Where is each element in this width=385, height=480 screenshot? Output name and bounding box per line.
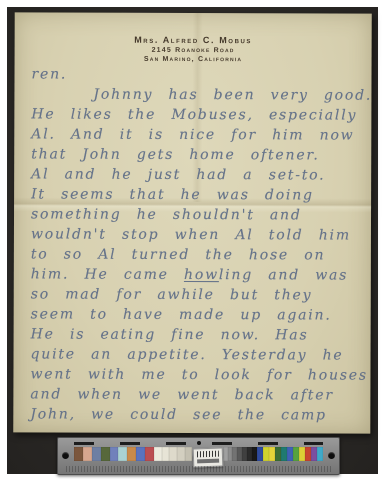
calibration-neutral-patches — [154, 447, 192, 461]
letterhead: Mrs. Alfred C. Mobus 2145 Roanoke Road S… — [15, 34, 372, 63]
color-swatch — [101, 447, 110, 461]
calibration-gray-patches — [223, 447, 257, 461]
color-swatch — [177, 447, 185, 461]
color-swatch — [317, 447, 323, 461]
scan-background: Mrs. Alfred C. Mobus 2145 Roanoke Road S… — [7, 7, 378, 474]
handwritten-line: He is eating fine now. Has — [31, 324, 371, 345]
calibration-label — [192, 447, 223, 467]
handwritten-line: and when we went back after — [30, 384, 370, 405]
handwritten-line: quite an appetite. Yesterday he — [31, 344, 371, 365]
color-swatch — [127, 447, 136, 461]
letter-body: ren. Johnny has been very good. He likes… — [30, 64, 371, 425]
color-swatch — [169, 447, 177, 461]
calibration-ruler-marks — [66, 466, 331, 472]
handwritten-text: him. He came — [31, 266, 184, 283]
scan-frame: Mrs. Alfred C. Mobus 2145 Roanoke Road S… — [0, 0, 385, 480]
color-swatch — [83, 447, 92, 461]
color-swatch — [145, 447, 154, 461]
calibration-hole-right — [328, 452, 335, 459]
handwritten-line: wouldn't stop when Al told him — [31, 224, 371, 245]
color-swatch — [110, 447, 119, 461]
color-swatch — [162, 447, 170, 461]
handwritten-line: to so Al turned the hose on — [31, 244, 371, 265]
color-swatch — [74, 447, 83, 461]
color-swatch — [185, 447, 193, 461]
handwritten-text: ling and was — [219, 267, 348, 283]
handwritten-line: ren. — [31, 64, 371, 85]
handwritten-line: went with me to look for houses — [30, 364, 370, 385]
handwritten-line: him. He came howling and was — [31, 264, 371, 285]
letter-paper: Mrs. Alfred C. Mobus 2145 Roanoke Road S… — [13, 12, 371, 433]
handwritten-line: He likes the Mobuses, especially — [31, 104, 371, 125]
calibration-color-patches-left — [74, 447, 154, 461]
calibration-label-marks — [196, 451, 218, 458]
calibration-center-dot — [197, 441, 201, 445]
handwritten-line: something he shouldn't and — [31, 204, 371, 225]
letterhead-address: 2145 Roanoke Road — [15, 46, 372, 54]
color-swatch — [154, 447, 162, 461]
letterhead-name: Mrs. Alfred C. Mobus — [15, 34, 372, 45]
handwritten-line: It seems that he was doing — [31, 184, 371, 205]
handwritten-line: Al. And it is nice for him now — [31, 124, 371, 145]
color-swatch — [136, 447, 145, 461]
calibration-hole-left — [62, 452, 69, 459]
color-swatch — [118, 447, 127, 461]
handwritten-line: seem to have made up again. — [31, 304, 371, 325]
handwritten-line: Al and he just had a set-to. — [31, 164, 371, 185]
handwritten-line: Johnny has been very good. — [31, 84, 371, 105]
handwritten-line: so mad for awhile but they — [31, 284, 371, 305]
underlined-word: how — [184, 267, 219, 283]
color-swatch — [92, 447, 101, 461]
handwritten-line: John, we could see the camp — [30, 404, 370, 425]
calibration-label-band — [197, 459, 219, 464]
handwritten-line: that John gets home oftener. — [31, 144, 371, 165]
calibration-patches — [74, 447, 323, 461]
letterhead-city: San Marino, California — [15, 55, 372, 63]
calibration-color-patches-right — [257, 447, 323, 461]
calibration-bar — [57, 437, 340, 475]
